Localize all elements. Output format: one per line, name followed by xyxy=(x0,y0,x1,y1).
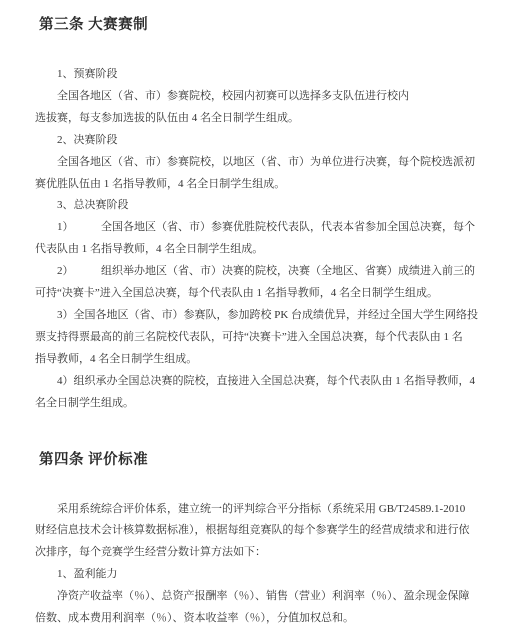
para-evaluation-intro: 采用系统综合评价体系，建立统一的评判综合平分指标（系统采用 GB/T24589.… xyxy=(35,499,481,565)
document-page: 第三条 大赛赛制 1、预赛阶段 全国各地区（省、市）参赛院校，校园内初赛可以选择… xyxy=(0,0,515,630)
article-4-heading: 第四条 评价标准 xyxy=(35,449,481,471)
para-final-detail: 全国各地区（省、市）参赛院校，以地区（省、市）为单位进行决赛，每个院校选派初 赛… xyxy=(35,152,481,196)
para-grand-final-rule-3: 3）全国各地区（省、市）参赛队，参加跨校 PK 台成绩优异，并经过全国大学生网络… xyxy=(35,305,481,371)
item-grand-final-stage: 3、总决赛阶段 xyxy=(35,195,481,217)
para-grand-final-rule-2: 2） 组织举办地区（省、市）决赛的院校，决赛（全地区、省赛）成绩进入前三的 可持… xyxy=(35,261,481,305)
item-profitability: 1、盈利能力 xyxy=(35,564,481,586)
item-preliminary-stage: 1、预赛阶段 xyxy=(35,64,481,86)
para-preliminary-detail: 全国各地区（省、市）参赛院校，校园内初赛可以选择多支队伍进行校内 选拔赛，每支参… xyxy=(35,86,481,130)
para-grand-final-rule-1: 1） 全国各地区（省、市）参赛优胜院校代表队，代表本省参加全国总决赛，每个 代表… xyxy=(35,217,481,261)
article-3-heading: 第三条 大赛赛制 xyxy=(35,14,481,36)
para-grand-final-rule-4: 4）组织承办全国总决赛的院校，直接进入全国总决赛，每个代表队由 1 名指导教师，… xyxy=(35,371,481,415)
item-final-stage: 2、决赛阶段 xyxy=(35,130,481,152)
para-profitability-detail: 净资产收益率（％）、总资产报酬率（％）、销售（营业）利润率（％）、盈余现金保障 … xyxy=(35,586,481,630)
